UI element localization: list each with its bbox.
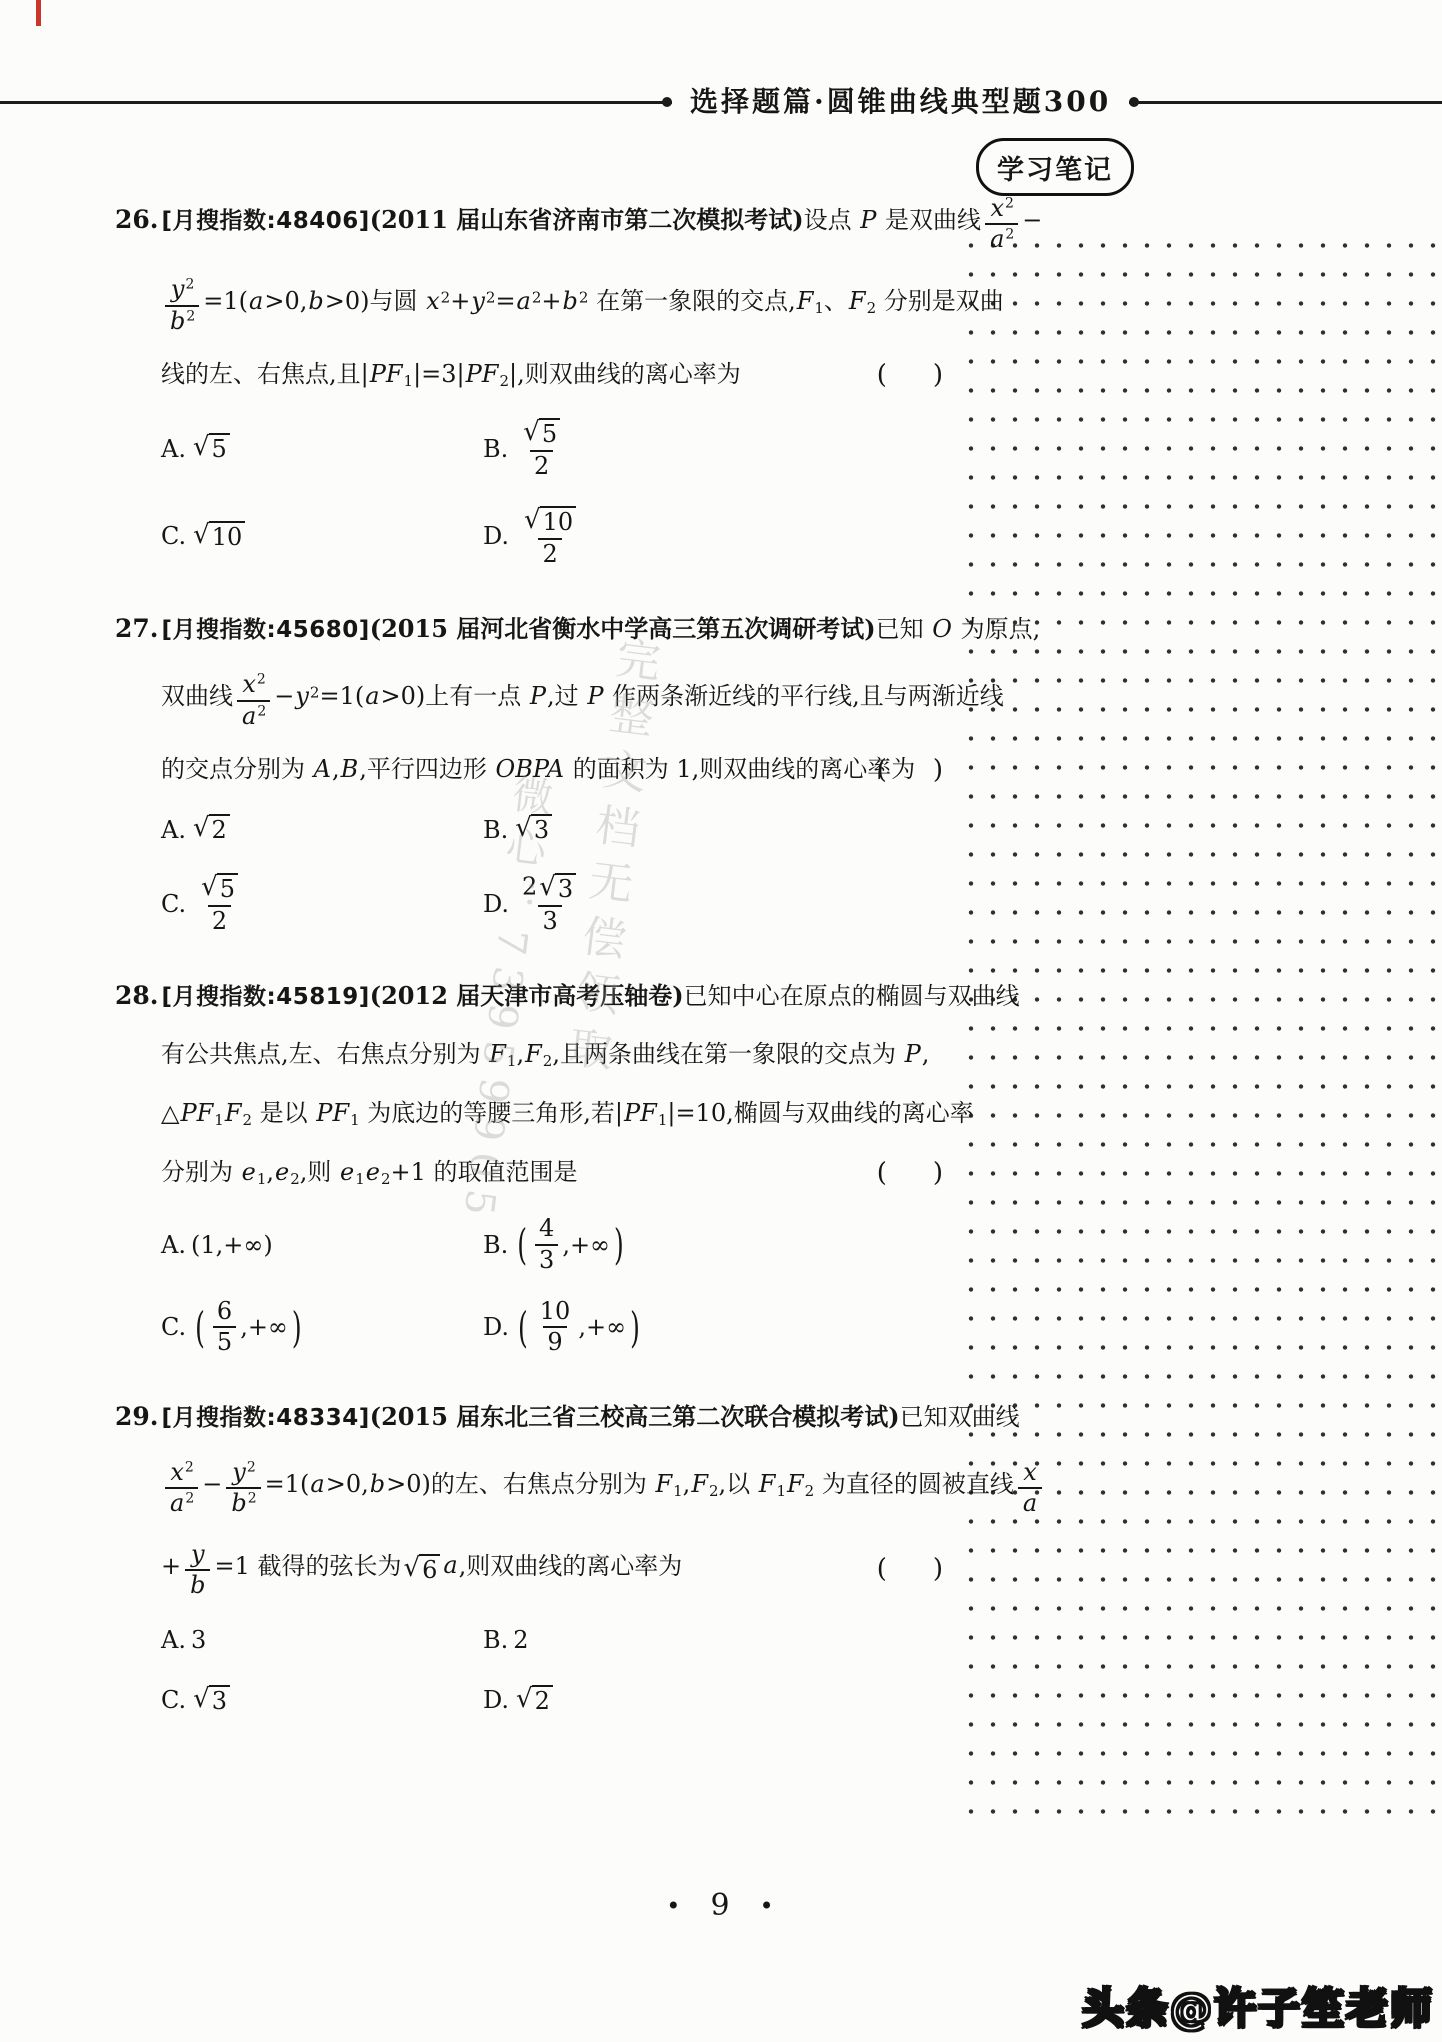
header-rule-left	[0, 101, 672, 104]
question-line: △PF1F2 是以 PF1 为底边的等腰三角形,若|PF1|=10,椭圆与双曲线…	[161, 1098, 943, 1132]
text-segment: −	[202, 1470, 222, 1498]
source-citation: (2011 届山东省济南市第二次模拟考试)	[370, 205, 804, 234]
sqrt: √10	[193, 521, 245, 552]
question-27: 27.[月搜指数:45680](2015 届河北省衡水中学高三第五次调研考试)已…	[115, 613, 943, 934]
math-variable: PF	[624, 1099, 657, 1127]
math-variable: P	[860, 206, 876, 234]
superscript: 2	[441, 289, 451, 307]
text-segment: =1(	[265, 1470, 310, 1498]
sqrt: √10	[524, 506, 576, 537]
text-segment: 双曲线	[161, 682, 233, 710]
math-variable: P	[530, 682, 546, 710]
text-segment: ,以	[719, 1470, 758, 1498]
source-citation: (2015 届东北三省三校高三第二次联合模拟考试)	[370, 1402, 900, 1431]
math-variable: F	[489, 1040, 506, 1068]
math-variable: a	[170, 1489, 184, 1517]
math-variable: F	[525, 1040, 542, 1068]
fraction-numerator: 2√3	[518, 873, 582, 906]
fraction-numerator: √5	[517, 418, 566, 451]
superscript: 2	[579, 289, 589, 307]
fraction: √52	[195, 873, 244, 935]
study-notes-badge: 学习笔记	[976, 138, 1134, 196]
radical-sign: √	[193, 433, 210, 463]
options-grid: A.3B.2C.√3D.√2	[161, 1623, 943, 1717]
option-label: A.	[161, 435, 186, 463]
option-C: C.√52	[161, 873, 483, 935]
option-A: A.3	[161, 1623, 483, 1657]
math-variable: P	[905, 1040, 921, 1068]
options-grid: A.(1,+∞)B.(43,+∞)C.(65,+∞)D.(109,+∞)	[161, 1216, 943, 1355]
text-segment: ,则双曲线的离心率为	[459, 1551, 683, 1579]
text-segment: +	[161, 1551, 181, 1579]
text-segment: 2	[212, 816, 227, 844]
superscript: 2	[257, 672, 266, 688]
fraction-denominator: 5	[213, 1326, 236, 1355]
subscript: 2	[290, 1171, 300, 1189]
text-segment: 已知中心在原点的椭圆与双曲线	[684, 982, 1020, 1010]
text-segment: ,+∞	[562, 1231, 610, 1259]
question-line: x2a2−y2b2=1(a>0,b>0)的左、右焦点分别为 F1,F2,以 F1…	[161, 1460, 943, 1516]
radical-sign: √	[515, 814, 532, 844]
math-variable: P	[587, 682, 603, 710]
math-variable: b	[231, 1489, 246, 1517]
option-D: D.√102	[483, 506, 943, 568]
subscript: 1	[257, 1171, 267, 1189]
text-segment: 9	[547, 1328, 562, 1356]
text-segment: ,过	[547, 682, 586, 710]
math-variable: x	[242, 670, 256, 698]
workbook-page: 选择题篇·圆锥曲线典型题300 学习笔记 26.[月搜指数:48406](201…	[0, 0, 1442, 2042]
math-variable: y	[295, 682, 309, 710]
fraction: x2a2	[165, 1460, 198, 1516]
radicand: 5	[217, 873, 238, 904]
big-paren: (	[517, 1220, 527, 1269]
radical-sign: √	[404, 1554, 421, 1584]
math-variable: e	[366, 1158, 380, 1186]
question-line: 有公共焦点,左、右焦点分别为 F1,F2,且两条曲线在第一象限的交点为 P,	[161, 1039, 943, 1073]
math-variable: x	[426, 287, 440, 315]
text-segment: =1(	[203, 287, 248, 315]
fraction: 65	[213, 1299, 236, 1355]
math-variable: F	[655, 1470, 672, 1498]
subscript: 2	[242, 1112, 252, 1130]
fraction-numerator: √5	[195, 873, 244, 906]
option-label: C.	[161, 890, 186, 918]
superscript: 2	[185, 1491, 194, 1507]
superscript: 2	[185, 1460, 194, 1476]
subscript: 2	[499, 372, 509, 390]
question-number: 26.	[115, 205, 159, 234]
questions-column: 26.[月搜指数:48406](2011 届山东省济南市第二次模拟考试)设点 P…	[115, 196, 943, 1763]
fraction-denominator: b2	[226, 1487, 260, 1516]
text-segment: 是以	[252, 1099, 315, 1127]
radical-sign: √	[524, 506, 541, 536]
question-line: 线的左、右焦点,且|PF1|=3|PF2|,则双曲线的离心率为()	[161, 359, 943, 393]
option-B: B.√52	[483, 418, 943, 480]
subscript: 1	[658, 1112, 668, 1130]
option-label: D.	[483, 1686, 509, 1714]
page-number-right-dot: •	[760, 1892, 774, 1920]
option-C: C.√3	[161, 1683, 483, 1717]
text-segment: 3	[558, 875, 573, 903]
math-variable: b	[308, 287, 323, 315]
text-segment: 设点	[804, 206, 860, 234]
option-A: A.√5	[161, 418, 483, 480]
text-segment: 是双曲线	[877, 206, 981, 234]
text-segment: >0)与圆	[325, 287, 425, 315]
radicand: 3	[555, 873, 576, 904]
math-variable: b	[190, 1571, 205, 1599]
text-segment: △	[161, 1099, 179, 1127]
fraction-denominator: b2	[165, 305, 199, 334]
answer-blank: ()	[877, 359, 943, 393]
scan-artifact	[36, 0, 41, 26]
subscript: 2	[867, 299, 877, 317]
option-label: B.	[483, 1626, 508, 1654]
math-variable: PF	[180, 1099, 213, 1127]
text-segment: 2	[513, 1626, 528, 1654]
sqrt: √3	[515, 814, 552, 845]
subscript: 2	[381, 1171, 391, 1189]
radicand: 2	[209, 814, 230, 845]
radical-sign: √	[193, 814, 210, 844]
fraction-numerator: x2	[985, 196, 1017, 223]
text-segment: 有公共焦点,左、右焦点分别为	[161, 1040, 488, 1068]
subscript: 1	[350, 1112, 360, 1130]
text-segment: (1,+∞)	[191, 1231, 273, 1259]
text-segment: 10	[540, 1297, 571, 1325]
radical-sign: √	[201, 873, 218, 903]
text-segment: 6	[422, 1556, 437, 1584]
option-B: B.2	[483, 1623, 943, 1657]
text-segment: >0,	[326, 1470, 369, 1498]
radicand: 3	[209, 1685, 230, 1716]
source-citation: (2012 届天津市高考压轴卷)	[370, 981, 684, 1010]
radicand: 5	[209, 433, 230, 464]
option-label: C.	[161, 1686, 186, 1714]
options-grid: A.√5B.√52C.√10D.√102	[161, 418, 943, 568]
superscript: 2	[248, 1491, 257, 1507]
text-segment: =1 截得的弦长为	[214, 1551, 401, 1579]
question-line: 的交点分别为 A,B,平行四边形 OBPA 的面积为 1,则双曲线的离心率为()	[161, 754, 943, 788]
text-segment: 10	[543, 508, 574, 536]
sqrt: √6	[404, 1554, 441, 1585]
subscript: 2	[543, 1053, 553, 1071]
math-variable: F	[225, 1099, 242, 1127]
math-variable: b	[170, 307, 185, 335]
option-label: A.	[161, 1231, 186, 1259]
radicand: 10	[540, 506, 577, 537]
page-number-value: 9	[710, 1888, 729, 1923]
fraction: 109	[536, 1299, 575, 1355]
text-segment: 3	[542, 907, 557, 935]
fraction-denominator: a2	[985, 223, 1018, 252]
fraction-numerator: y	[186, 1542, 210, 1569]
math-variable: y	[171, 275, 185, 303]
text-segment: ,+∞	[240, 1313, 288, 1341]
fraction-denominator: 9	[543, 1326, 566, 1355]
search-index-tag: [月搜指数:45819]	[162, 984, 370, 1010]
math-variable: PF	[370, 360, 403, 388]
radicand: 6	[419, 1554, 440, 1585]
option-C: C.(65,+∞)	[161, 1299, 483, 1355]
option-A: A.(1,+∞)	[161, 1216, 483, 1272]
fraction-numerator: x2	[237, 672, 269, 699]
text-segment: 2	[522, 872, 537, 900]
text-segment: 在第一象限的交点,	[588, 287, 795, 315]
text-segment: 分别为	[161, 1158, 241, 1186]
question-line: y2b2=1(a>0,b>0)与圆 x2+y2=a2+b2 在第一象限的交点,F…	[161, 277, 943, 333]
fraction-numerator: 10	[536, 1299, 575, 1326]
sqrt: √5	[523, 418, 560, 449]
question-line: 27.[月搜指数:45680](2015 届河北省衡水中学高三第五次调研考试)已…	[161, 613, 943, 647]
text-segment: =1(	[319, 682, 364, 710]
page-title: 选择题篇·圆锥曲线典型题300	[690, 88, 1111, 116]
text-segment: >0)的左、右焦点分别为	[386, 1470, 654, 1498]
search-index-tag: [月搜指数:48406]	[162, 208, 370, 234]
text-segment: |=10,椭圆与双曲线的离心率	[667, 1099, 973, 1127]
superscript: 2	[532, 289, 542, 307]
text-segment: ,且两条曲线在第一象限的交点为	[552, 1040, 903, 1068]
question-number: 29.	[115, 1402, 159, 1431]
text-segment: ,+∞	[578, 1313, 626, 1341]
search-index-tag: [月搜指数:48334]	[162, 1405, 370, 1431]
page-header: 选择题篇·圆锥曲线典型题300	[0, 88, 1442, 116]
sqrt: √3	[193, 1685, 230, 1716]
sqrt: √3	[539, 873, 576, 904]
option-label: D.	[483, 1313, 509, 1341]
text-segment: +	[450, 287, 470, 315]
text-segment: ,	[332, 755, 340, 783]
fraction-denominator: 2	[530, 450, 553, 479]
radical-sign: √	[539, 873, 556, 903]
fraction-denominator: 2	[538, 538, 561, 567]
radicand: 2	[532, 1685, 553, 1716]
text-segment: 5	[542, 420, 557, 448]
option-D: D.√2	[483, 1683, 943, 1717]
question-29: 29.[月搜指数:48334](2015 届东北三省三校高三第二次联合模拟考试)…	[115, 1401, 943, 1717]
text-segment: ,则	[300, 1158, 339, 1186]
radical-sign: √	[523, 418, 540, 448]
text-segment: 2	[542, 540, 557, 568]
text-segment: ,	[922, 1040, 930, 1068]
page-number-left-dot: •	[666, 1892, 680, 1920]
math-variable: a	[310, 1470, 324, 1498]
fraction: y2b2	[165, 277, 199, 333]
text-segment: 分别是双曲	[876, 287, 1004, 315]
math-variable: y	[471, 287, 485, 315]
superscript: 2	[185, 277, 194, 293]
question-line: +yb=1 截得的弦长为√6a,则双曲线的离心率为()	[161, 1542, 943, 1598]
text-segment: 已知	[876, 615, 932, 643]
text-segment: |=3|	[413, 360, 465, 388]
radical-sign: √	[516, 1685, 533, 1715]
text-segment: 已知双曲线	[900, 1403, 1020, 1431]
option-label: C.	[161, 1313, 186, 1341]
math-variable: F	[787, 1470, 804, 1498]
option-label: B.	[483, 816, 508, 844]
radicand: 10	[209, 521, 246, 552]
fraction-denominator: a2	[237, 700, 270, 729]
superscript: 2	[247, 1460, 256, 1476]
text-segment: 的交点分别为	[161, 755, 313, 783]
math-variable: PF	[316, 1099, 349, 1127]
text-segment: ,平行四边形	[359, 755, 494, 783]
subscript: 1	[214, 1112, 224, 1130]
text-segment: 2	[534, 452, 549, 480]
math-variable: x	[990, 194, 1004, 222]
math-variable: a	[443, 1551, 457, 1579]
text-segment: ,	[683, 1470, 691, 1498]
big-paren: (	[518, 1302, 528, 1351]
math-variable: PF	[466, 360, 499, 388]
math-variable: y	[232, 1458, 246, 1486]
math-variable: F	[759, 1470, 776, 1498]
option-label: D.	[483, 890, 509, 918]
subscript: 1	[404, 372, 414, 390]
math-variable: e	[275, 1158, 289, 1186]
math-variable: a	[990, 225, 1004, 253]
math-variable: x	[1023, 1458, 1037, 1486]
fraction-denominator: b	[185, 1569, 210, 1598]
fraction-numerator: y2	[166, 277, 198, 304]
fraction-denominator: 3	[535, 1244, 558, 1273]
notes-dot-grid	[952, 226, 1438, 1814]
question-line: 29.[月搜指数:48334](2015 届东北三省三校高三第二次联合模拟考试)…	[161, 1401, 943, 1435]
math-variable: a	[517, 287, 531, 315]
text-segment: ,	[266, 1158, 274, 1186]
math-variable: O	[932, 615, 952, 643]
fraction-numerator: x	[1018, 1460, 1042, 1487]
fraction: √102	[518, 506, 582, 568]
math-variable: x	[170, 1458, 184, 1486]
question-26: 26.[月搜指数:48406](2011 届山东省济南市第二次模拟考试)设点 P…	[115, 196, 943, 567]
math-variable: A	[314, 755, 331, 783]
superscript: 2	[486, 289, 496, 307]
search-index-tag: [月搜指数:45680]	[162, 617, 370, 643]
option-label: B.	[483, 435, 508, 463]
math-variable: a	[1023, 1489, 1037, 1517]
fraction: √52	[517, 418, 566, 480]
fraction-denominator: 2	[208, 905, 231, 934]
fraction: 2√33	[518, 873, 582, 935]
text-segment: 作两条渐近线的平行线,且与两渐近线	[604, 682, 1003, 710]
fraction-denominator: a2	[165, 1487, 198, 1516]
question-number: 27.	[115, 614, 159, 643]
superscript: 2	[257, 703, 266, 719]
radical-sign: √	[193, 1685, 210, 1715]
answer-blank: ()	[877, 1553, 943, 1587]
option-B: B.√3	[483, 813, 943, 847]
text-segment: −	[1022, 206, 1042, 234]
question-line: 分别为 e1,e2,则 e1e2+1 的取值范围是()	[161, 1157, 943, 1191]
question-number: 28.	[115, 981, 159, 1010]
text-segment: 3	[539, 1246, 554, 1274]
fraction-numerator: x2	[165, 1460, 197, 1487]
text-segment: >0,	[264, 287, 307, 315]
math-variable: OBPA	[496, 755, 565, 783]
fraction: x2a2	[237, 672, 270, 728]
math-variable: a	[242, 702, 256, 730]
text-segment: 2	[212, 907, 227, 935]
fraction: y2b2	[226, 1460, 260, 1516]
fraction-numerator: 4	[535, 1216, 558, 1243]
text-segment: +	[541, 287, 561, 315]
fraction-denominator: 3	[538, 905, 561, 934]
option-D: D.2√33	[483, 873, 943, 935]
radicand: 5	[539, 418, 560, 449]
question-28: 28.[月搜指数:45819](2012 届天津市高考压轴卷)已知中心在原点的椭…	[115, 980, 943, 1355]
math-variable: b	[563, 287, 578, 315]
math-variable: F	[797, 287, 814, 315]
fraction: yb	[185, 1542, 210, 1598]
options-grid: A.√2B.√3C.√52D.2√33	[161, 813, 943, 935]
text-segment: 3	[191, 1626, 206, 1654]
big-paren: )	[630, 1302, 640, 1351]
page-number: • 9 •	[480, 1888, 960, 1923]
fraction: x2a2	[985, 196, 1018, 252]
header-rule-right	[1129, 101, 1442, 104]
option-C: C.√10	[161, 506, 483, 568]
answer-blank: ()	[877, 1158, 943, 1192]
sqrt: √2	[193, 814, 230, 845]
sqrt: √5	[193, 433, 230, 464]
text-segment: 为直径的圆被直线	[814, 1470, 1014, 1498]
text-segment: 线的左、右焦点,且|	[161, 360, 369, 388]
subscript: 1	[776, 1482, 786, 1500]
math-variable: y	[191, 1540, 205, 1568]
question-line: 双曲线x2a2−y2=1(a>0)上有一点 P,过 P 作两条渐近线的平行线,且…	[161, 672, 943, 728]
text-segment: |,则双曲线的离心率为	[509, 360, 741, 388]
sqrt: √5	[201, 873, 238, 904]
option-label: B.	[483, 1231, 508, 1259]
math-variable: a	[249, 287, 263, 315]
option-label: A.	[161, 1626, 186, 1654]
footer-watermark: 头条@许子笙老师	[1082, 1976, 1434, 2036]
answer-blank: ()	[877, 754, 943, 788]
text-segment: 5	[212, 435, 227, 463]
math-variable: b	[370, 1470, 385, 1498]
text-segment: 为底边的等腰三角形,若|	[360, 1099, 623, 1127]
subscript: 2	[709, 1482, 719, 1500]
option-D: D.(109,+∞)	[483, 1299, 943, 1355]
math-variable: F	[691, 1470, 708, 1498]
question-line: 28.[月搜指数:45819](2012 届天津市高考压轴卷)已知中心在原点的椭…	[161, 980, 943, 1014]
text-segment: 5	[220, 875, 235, 903]
text-segment: 为原点,	[953, 615, 1040, 643]
text-segment: 6	[217, 1297, 232, 1325]
source-citation: (2015 届河北省衡水中学高三第五次调研考试)	[370, 614, 876, 643]
text-segment: 、	[824, 287, 848, 315]
big-paren: (	[195, 1302, 205, 1351]
text-segment: 2	[535, 1687, 550, 1715]
superscript: 2	[186, 308, 195, 324]
option-A: A.√2	[161, 813, 483, 847]
fraction: xa	[1018, 1460, 1042, 1516]
radicand: 3	[531, 814, 552, 845]
fraction: 43	[535, 1216, 558, 1272]
text-segment: ,	[516, 1040, 524, 1068]
option-label: A.	[161, 816, 186, 844]
text-segment: 5	[217, 1328, 232, 1356]
fraction-numerator: y2	[227, 1460, 259, 1487]
text-segment: +1 的取值范围是	[391, 1158, 578, 1186]
subscript: 1	[355, 1171, 365, 1189]
math-variable: a	[365, 682, 379, 710]
subscript: 2	[805, 1482, 815, 1500]
subscript: 1	[814, 299, 824, 317]
math-variable: e	[242, 1158, 256, 1186]
